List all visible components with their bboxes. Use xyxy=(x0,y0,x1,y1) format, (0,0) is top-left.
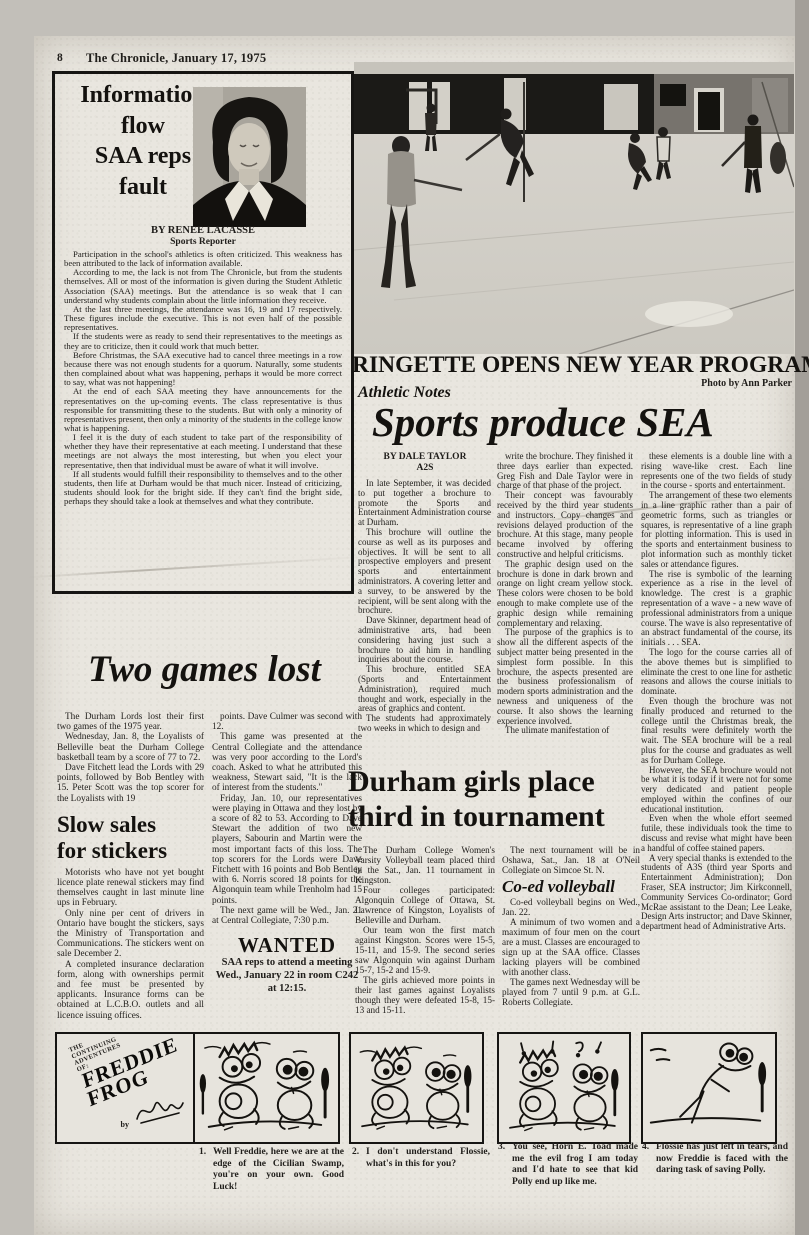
headline-line: Durham girls place xyxy=(348,764,605,799)
sea-column-3: these elements is a double line with a r… xyxy=(641,452,792,932)
caption-number: 2. xyxy=(352,1147,366,1170)
paragraph: Motorists who have not yet bought licenc… xyxy=(57,868,204,909)
comic-caption-1: 1. Well Freddie, here we are at the edge… xyxy=(199,1147,344,1193)
paragraph: Even though the brochure was not finally… xyxy=(641,697,792,766)
caption-text: Well Freddie, here we are at the edge of… xyxy=(213,1147,344,1193)
coed-volleyball-headline: Co-ed volleyball xyxy=(502,882,640,892)
paragraph: In late September, it was decided to put… xyxy=(358,479,491,528)
paragraph: The ulimate manifestation of xyxy=(497,726,633,736)
paragraph: At the end of each SAA meeting they have… xyxy=(64,387,342,433)
paragraph: The purpose of the graphics is to show a… xyxy=(497,628,633,726)
paragraph: I feel it is the duty of each student to… xyxy=(64,433,342,470)
paragraph: The Durham College Women's Varsity Volle… xyxy=(355,845,495,885)
frog-scene-2 xyxy=(351,1034,477,1137)
paragraph: A completed insurance declaration form, … xyxy=(57,960,204,1021)
headline-line: third in tournament xyxy=(348,799,605,834)
wanted-body: SAA reps to attend a meeting Wed., Janua… xyxy=(212,956,362,995)
paragraph: The graphic design used on the brochure … xyxy=(497,560,633,629)
two-games-col1-paragraphs: The Durham Lords lost their first two ga… xyxy=(57,712,204,804)
paragraph: Four colleges participated: Algonquin Co… xyxy=(355,885,495,925)
caption-number: 1. xyxy=(199,1147,213,1193)
paragraph: However, the SEA brochure would not be w… xyxy=(641,766,792,815)
paragraph: If all students would fulfill their resp… xyxy=(64,470,342,507)
photo-credit: Photo by Ann Parker xyxy=(600,378,792,389)
paragraph: According to me, the lack is not from Th… xyxy=(64,268,342,305)
info-flow-body: Participation in the school's athletics … xyxy=(64,250,342,506)
frog-scene-1 xyxy=(195,1034,333,1137)
paragraph: Even when the whole effort seemed futile… xyxy=(641,814,792,853)
paragraph: The girls achieved more points in their … xyxy=(355,975,495,1015)
caption-number: 3. xyxy=(498,1142,512,1188)
paragraph: these elements is a double line with a r… xyxy=(641,452,792,491)
signature-by-label: by xyxy=(121,1120,129,1129)
tournament-column-2: The next tournament will be in Oshawa, S… xyxy=(502,845,640,1007)
paragraph: The logo for the course carries all of t… xyxy=(641,648,792,697)
tournament-headline: Durham girls placethird in tournament xyxy=(348,764,605,834)
paragraph: A very special thanks is extended to the… xyxy=(641,854,792,932)
two-games-column-1: The Durham Lords lost their first two ga… xyxy=(57,712,204,1021)
paragraph: The students had approximately two weeks… xyxy=(358,714,491,734)
paragraph: This game was presented at the Central C… xyxy=(212,732,362,793)
two-games-col2-paragraphs: points. Dave Culmer was second with 12.T… xyxy=(212,712,362,926)
sea-headline: Sports produce SEA xyxy=(372,398,714,446)
tournament-column-1: The Durham College Women's Varsity Volle… xyxy=(355,845,495,1015)
newspaper-page: 8 The Chronicle, January 17, 1975 Inform… xyxy=(0,0,809,1235)
headline-line: Slow sales xyxy=(57,812,204,838)
portrait-photo-drawing xyxy=(193,87,306,227)
paragraph: The arrangement of these two elements in… xyxy=(641,491,792,569)
caption-text: Flossie has just left in tears, and now … xyxy=(656,1142,788,1177)
paragraph: This brochure will outline the course as… xyxy=(358,528,491,616)
two-games-headline: Two games lost xyxy=(88,648,321,691)
comic-panel-1 xyxy=(193,1032,340,1144)
sea-byline: BY DALE TAYLOR xyxy=(360,452,490,463)
paragraph: points. Dave Culmer was second with 12. xyxy=(212,712,362,732)
caption-text: I don't understand Flossie, what's in th… xyxy=(366,1147,490,1170)
comic-caption-3: 3. You see, Horn E. Toad made me the evi… xyxy=(498,1142,638,1188)
sea-column-2: write the brochure. They finished it thr… xyxy=(497,452,633,736)
paragraph: Dave Skinner, department head of adminis… xyxy=(358,616,491,665)
portrait-photo xyxy=(193,87,306,227)
page-number: 8 xyxy=(57,52,63,64)
sea-byline-class: A2S xyxy=(360,463,490,474)
paragraph: At the last three meetings, the attendan… xyxy=(64,305,342,332)
artist-signature: by xyxy=(121,1093,187,1132)
slow-sales-paragraphs: Motorists who have not yet bought licenc… xyxy=(57,868,204,1021)
info-flow-byline: BY RENEE LACASSE xyxy=(55,225,351,237)
comic-panel-2 xyxy=(349,1032,484,1144)
frog-scene-3 xyxy=(499,1034,624,1137)
paragraph: A minimum of two women and a maximum of … xyxy=(502,917,640,977)
paragraph: write the brochure. They finished it thr… xyxy=(497,452,633,491)
wanted-title: WANTED xyxy=(212,940,362,950)
two-games-column-2: points. Dave Culmer was second with 12.T… xyxy=(212,712,362,995)
ringette-headline: RINGETTE OPENS NEW YEAR PROGRAM xyxy=(352,352,809,379)
comic-caption-2: 2. I don't understand Flossie, what's in… xyxy=(352,1147,490,1170)
paragraph: The Durham Lords lost their first two ga… xyxy=(57,712,204,732)
paragraph: The games next Wednesday will be played … xyxy=(502,977,640,1007)
caption-number: 4. xyxy=(642,1142,656,1177)
info-flow-byline-role: Sports Reporter xyxy=(55,237,351,248)
comic-panel-4 xyxy=(641,1032,777,1144)
tournament-col2-intro: The next tournament will be in Oshawa, S… xyxy=(502,845,640,875)
frog-scene-4 xyxy=(643,1034,770,1137)
sea-column-1: In late September, it was decided to put… xyxy=(358,479,491,734)
ringette-photo-drawing xyxy=(354,62,794,354)
paragraph: Friday, Jan. 10, our representatives wer… xyxy=(212,794,362,906)
paragraph: Co-ed volleyball begins on Wed., Jan. 22… xyxy=(502,897,640,917)
paragraph: This brochure, entitled SEA (Sports and … xyxy=(358,665,491,714)
paragraph: Our team won the first match against Kin… xyxy=(355,925,495,975)
paragraph: Wednesday, Jan. 8, the Loyalists of Bell… xyxy=(57,732,204,763)
paragraph: Participation in the school's athletics … xyxy=(64,250,342,268)
info-flow-article-box: InformationflowSAA repsfault BY RENEE LA… xyxy=(52,71,354,594)
masthead: The Chronicle, January 17, 1975 xyxy=(86,51,266,66)
signature-scribble-icon xyxy=(133,1093,187,1127)
coed-volleyball-paragraphs: Co-ed volleyball begins on Wed., Jan. 22… xyxy=(502,897,640,1007)
headline-line: for stickers xyxy=(57,838,204,864)
comic-caption-4: 4. Flossie has just left in tears, and n… xyxy=(642,1142,788,1177)
slow-sales-headline: Slow salesfor stickers xyxy=(57,812,204,864)
paragraph: The rise is symbolic of the learning exp… xyxy=(641,570,792,648)
scan-edge-shadow xyxy=(795,0,809,1235)
paragraph: Before Christmas, the SAA executive had … xyxy=(64,351,342,388)
caption-text: You see, Horn E. Toad made me the evil f… xyxy=(512,1142,638,1188)
paragraph: Their concept was favourably received by… xyxy=(497,491,633,560)
ringette-photo xyxy=(354,62,794,354)
paragraph: If the students were as ready to send th… xyxy=(64,332,342,350)
comic-title-panel: THE CONTINUING ADVENTURES OF: FREDDIEFRO… xyxy=(55,1032,195,1144)
paragraph: The next tournament will be in Oshawa, S… xyxy=(502,845,640,875)
paragraph: Only nine per cent of drivers in Ontario… xyxy=(57,909,204,960)
paragraph: The next game will be Wed., Jan. 21 at C… xyxy=(212,906,362,926)
comic-panel-3 xyxy=(497,1032,631,1144)
paragraph: Dave Fitchett lead the Lords with 29 poi… xyxy=(57,763,204,804)
